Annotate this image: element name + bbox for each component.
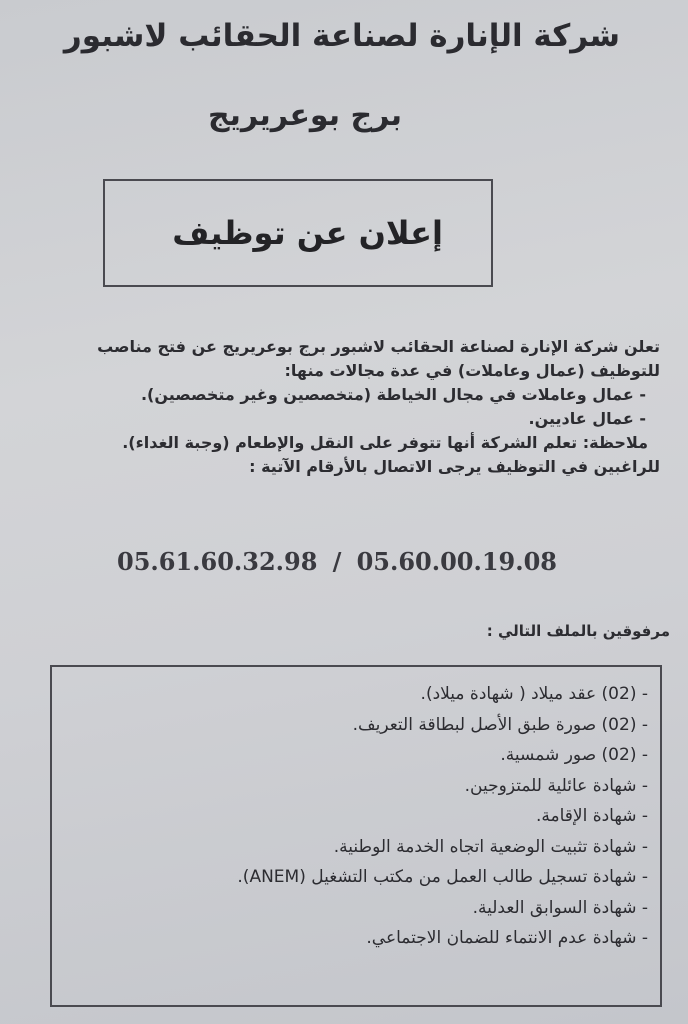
job-announcement-page: شركة الإنارة لصناعة الحقائب لاشبور برج ب…: [0, 0, 688, 1024]
announcement-title-box: إعلان عن توظيف: [103, 179, 493, 287]
required-documents-box: (02) عقد ميلاد ( شهادة ميلاد). (02) صورة…: [50, 665, 662, 1007]
document-item: (02) صورة طبق الأصل لبطاقة التعريف.: [52, 710, 648, 741]
phone-number: 05.60.00.19.08: [357, 547, 557, 576]
document-item: شهادة عائلية للمتزوجين.: [52, 771, 648, 802]
phone-number: 05.61.60.32.98: [117, 547, 317, 576]
document-item: شهادة تثبيت الوضعية اتجاه الخدمة الوطنية…: [52, 832, 648, 863]
phone-separator: /: [321, 547, 354, 576]
required-documents-list: (02) عقد ميلاد ( شهادة ميلاد). (02) صورة…: [52, 667, 660, 954]
announcement-title: إعلان عن توظيف: [172, 214, 443, 252]
note-text: ملاحظة: تعلم الشركة أنها تتوفر على النقل…: [50, 431, 660, 455]
intro-section: تعلن شركة الإنارة لصناعة الحقائب لاشبور …: [50, 335, 660, 479]
intro-paragraph: تعلن شركة الإنارة لصناعة الحقائب لاشبور …: [50, 335, 660, 383]
document-item: شهادة تسجيل طالب العمل من مكتب التشغيل (…: [52, 862, 648, 893]
field-item: عمال عاديين.: [50, 407, 660, 431]
city-name: برج بوعريريج: [180, 98, 430, 133]
document-item: (02) عقد ميلاد ( شهادة ميلاد).: [52, 679, 648, 710]
attachments-label: مرفوقين بالملف التالي :: [480, 622, 670, 640]
phone-numbers: 05.61.60.32.98 / 05.60.00.19.08: [117, 547, 557, 576]
document-item: شهادة السوابق العدلية.: [52, 893, 648, 924]
field-item: عمال وعاملات في مجال الخياطة (متخصصين وغ…: [50, 383, 660, 407]
document-item: شهادة عدم الانتماء للضمان الاجتماعي.: [52, 923, 648, 954]
document-item: شهادة الإقامة.: [52, 801, 648, 832]
contact-instruction: للراغبين في التوظيف يرجى الاتصال بالأرقا…: [50, 455, 660, 479]
document-item: (02) صور شمسية.: [52, 740, 648, 771]
company-name: شركة الإنارة لصناعة الحقائب لاشبور: [8, 18, 620, 54]
